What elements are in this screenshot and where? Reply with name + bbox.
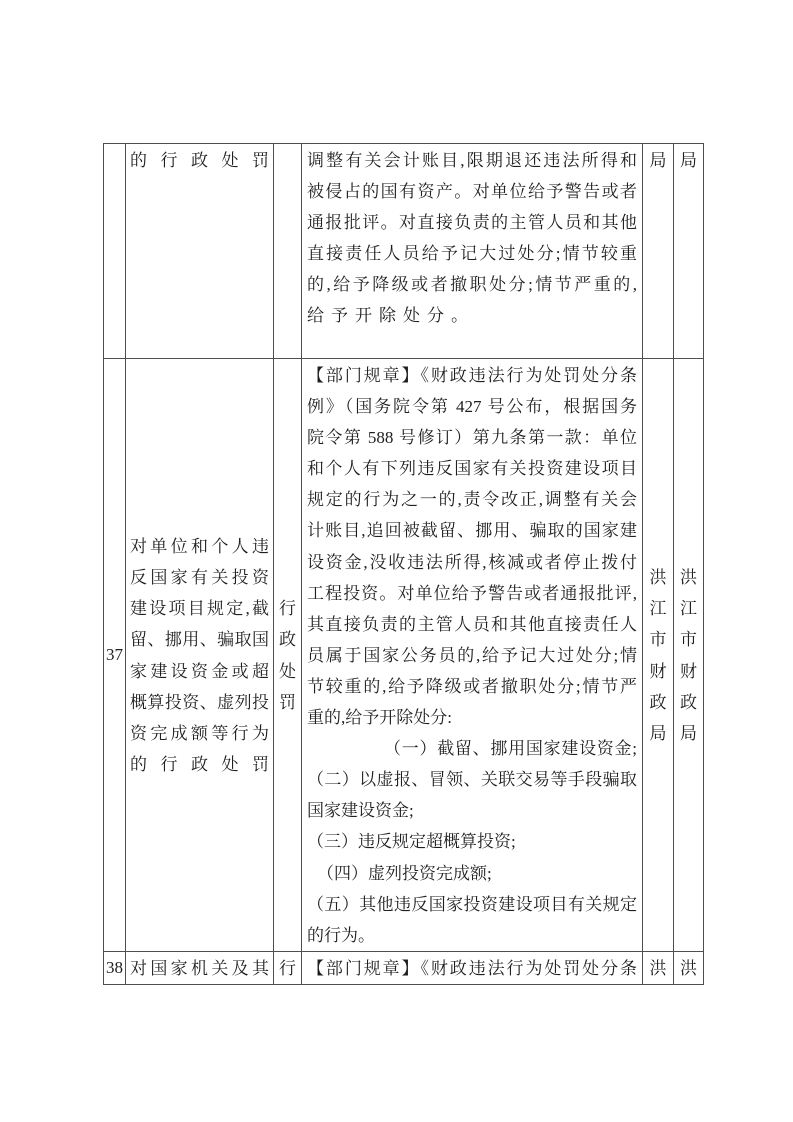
text-line: 国家建设资金;	[307, 795, 637, 826]
text-line: （二）以虚报、冒领、关联交易等手段骗取	[307, 764, 637, 795]
implementing-department-cell-2: 局	[674, 144, 704, 359]
text-line: 节较重的,给予降级或者撤职处分;情节严	[307, 671, 637, 702]
text-line: 的行为。	[307, 920, 637, 951]
text-line: （一）截留、挪用国家建设资金;	[307, 733, 637, 764]
text-line: 调整有关会计账目,限期退还违法所得和	[307, 145, 637, 176]
department-vertical-text: 洪江市财政局	[649, 561, 667, 749]
text-line: （四）虚列投资完成额;	[307, 858, 637, 889]
department-vertical-text: 洪	[649, 952, 667, 984]
implementing-department-cell-2: 洪	[674, 952, 704, 985]
text-line: 院令第 588 号修订）第九条第一款：单位	[307, 422, 637, 453]
text-line: 员属于国家公务员的,给予记大过处分;情	[307, 640, 637, 671]
text-line: 规定的行为之一的,责令改正,调整有关会	[307, 484, 637, 515]
text-line: 其直接负责的主管人员和其他直接责任人	[307, 609, 637, 640]
category-vertical-text	[279, 144, 297, 145]
table-row-37: 37 对单位和个人违反国家有关投资建设项目规定,截留、挪用、骗取国家建设资金或超…	[104, 359, 704, 952]
row-number-cell	[104, 144, 126, 359]
text-line: 家建设资金或超	[130, 656, 269, 687]
table-row-38: 38 对国家机关及其 行 【部门规章】《财政违法行为处罚处分条 洪 洪	[104, 952, 704, 985]
description-lines: 对国家机关及其	[126, 952, 273, 984]
text-line: 设资金,没收违法所得,核减或者停止拨付	[307, 547, 637, 578]
penalty-category-cell	[274, 144, 302, 359]
department-vertical-text: 局	[649, 144, 667, 176]
description-lines: 的行政处罚	[126, 144, 273, 176]
implementing-department-cell-1: 洪	[643, 952, 674, 985]
text-line: 【部门规章】《财政违法行为处罚处分条	[307, 953, 637, 984]
legal-basis-cell: 【部门规章】《财政违法行为处罚处分条例》（国务院令第 427 号公布，根据国务院…	[302, 359, 643, 952]
legal-basis-lines: 【部门规章】《财政违法行为处罚处分条	[302, 952, 642, 984]
implementing-department-cell-1: 局	[643, 144, 674, 359]
implementing-department-cell-1: 洪江市财政局	[643, 359, 674, 952]
department-vertical-text: 洪	[680, 952, 698, 984]
penalty-description-cell: 的行政处罚	[126, 144, 274, 359]
text-line: 给予开除处分。	[307, 300, 637, 331]
text-line: 工程投资。对单位给予警告或者通报批评,	[307, 578, 637, 609]
penalty-items-table: 的行政处罚 调整有关会计账目,限期退还违法所得和被侵占的国有资产。对单位给予警告…	[103, 143, 704, 985]
department-vertical-text: 局	[680, 144, 698, 176]
penalty-category-cell: 行政处罚	[274, 359, 302, 952]
implementing-department-cell-2: 洪江市财政局	[674, 359, 704, 952]
text-line: 对单位和个人违	[130, 531, 269, 562]
text-line: 概算投资、虚列投	[130, 687, 269, 718]
penalty-description-cell: 对国家机关及其	[126, 952, 274, 985]
text-line: （三）违反规定超概算投资;	[307, 826, 637, 857]
penalty-category-cell: 行	[274, 952, 302, 985]
text-line: 计账目,追回被截留、挪用、骗取的国家建	[307, 515, 637, 546]
text-line: 对国家机关及其	[130, 953, 269, 984]
text-line: 的,给予降级或者撤职处分;情节严重的,	[307, 269, 637, 300]
text-line: 留、挪用、骗取国	[130, 624, 269, 655]
legal-basis-lines: 【部门规章】《财政违法行为处罚处分条例》（国务院令第 427 号公布，根据国务院…	[302, 359, 642, 951]
text-line: 反国家有关投资	[130, 562, 269, 593]
table-row-36-continued: 的行政处罚 调整有关会计账目,限期退还违法所得和被侵占的国有资产。对单位给予警告…	[104, 144, 704, 359]
legal-basis-cell: 【部门规章】《财政违法行为处罚处分条	[302, 952, 643, 985]
text-line: 建设项目规定,截	[130, 593, 269, 624]
row-number-cell: 38	[104, 952, 126, 985]
legal-basis-cell: 调整有关会计账目,限期退还违法所得和被侵占的国有资产。对单位给予警告或者通报批评…	[302, 144, 643, 359]
penalty-description-cell: 对单位和个人违反国家有关投资建设项目规定,截留、挪用、骗取国家建设资金或超概算投…	[126, 359, 274, 952]
text-line: 被侵占的国有资产。对单位给予警告或者	[307, 176, 637, 207]
category-vertical-text: 行	[279, 952, 297, 984]
department-vertical-text: 洪江市财政局	[680, 561, 698, 749]
text-line: 重的,给予开除处分:	[307, 702, 637, 733]
row-number-cell: 37	[104, 359, 126, 952]
text-line: 【部门规章】《财政违法行为处罚处分条	[307, 360, 637, 391]
text-line: 的行政处罚	[130, 145, 269, 176]
text-line: 和个人有下列违反国家有关投资建设项目	[307, 453, 637, 484]
text-line: 资完成额等行为	[130, 718, 269, 749]
legal-basis-lines: 调整有关会计账目,限期退还违法所得和被侵占的国有资产。对单位给予警告或者通报批评…	[302, 144, 642, 332]
text-line: 通报批评。对直接负责的主管人员和其他	[307, 207, 637, 238]
text-line: （五）其他违反国家投资建设项目有关规定	[307, 889, 637, 920]
description-lines: 对单位和个人违反国家有关投资建设项目规定,截留、挪用、骗取国家建设资金或超概算投…	[126, 530, 273, 780]
text-line: 例》（国务院令第 427 号公布，根据国务	[307, 391, 637, 422]
text-line: 直接责任人员给予记大过处分;情节较重	[307, 238, 637, 269]
text-line: 的行政处罚	[130, 749, 269, 780]
document-page: 的行政处罚 调整有关会计账目,限期退还违法所得和被侵占的国有资产。对单位给予警告…	[0, 0, 793, 1122]
category-vertical-text: 行政处罚	[279, 592, 297, 717]
